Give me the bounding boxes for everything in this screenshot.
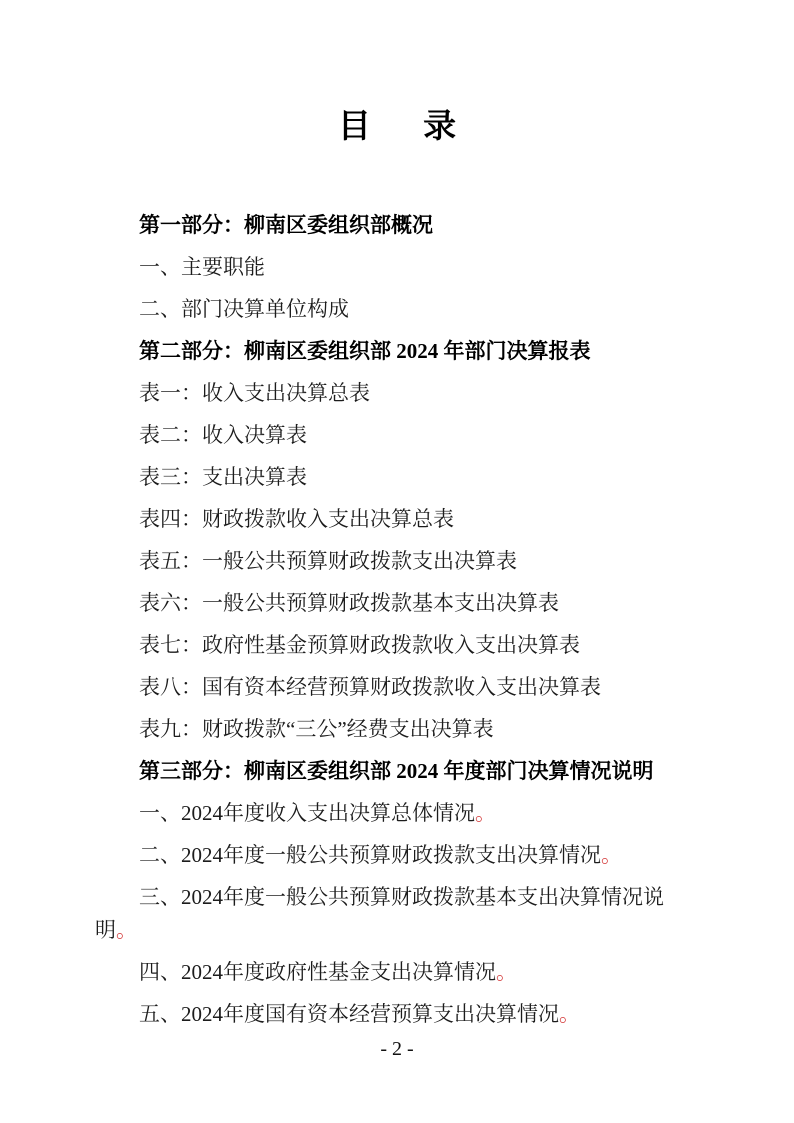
part3-heading: 第三部分：柳南区委组织部 2024 年度部门决算情况说明 [95,755,699,788]
note-item-5-text: 五、2024年度国有资本经营预算支出决算情况 [139,1002,559,1026]
note-item-2-period: 。 [601,843,622,867]
note-item-2: 二、2024年度一般公共预算财政拨款支出决算情况。 [95,839,699,872]
table-item-4: 表四：财政拨款收入支出决算总表 [95,503,699,536]
table-item-9: 表九：财政拨款“三公”经费支出决算表 [95,713,699,746]
note-item-4-period: 。 [496,960,517,984]
page-number: - 2 - [0,1034,794,1064]
document-page: 目 录 第一部分：柳南区委组织部概况 一、主要职能 二、部门决算单位构成 第二部… [0,0,794,1123]
part2-heading: 第二部分：柳南区委组织部 2024 年部门决算报表 [95,335,699,368]
table-item-8: 表八：国有资本经营预算财政拨款收入支出决算表 [95,671,699,704]
note-item-3-period: 。 [116,918,137,942]
note-item-4-text: 四、2024年度政府性基金支出决算情况 [139,960,496,984]
note-item-4: 四、2024年度政府性基金支出决算情况。 [95,956,699,989]
table-item-6: 表六：一般公共预算财政拨款基本支出决算表 [95,587,699,620]
table-item-2: 表二：收入决算表 [95,419,699,452]
note-item-3-line2: 明。 [95,914,699,947]
table-item-5: 表五：一般公共预算财政拨款支出决算表 [95,545,699,578]
part1-item-1: 一、主要职能 [95,251,699,284]
note-item-1-period: 。 [475,801,496,825]
note-item-5: 五、2024年度国有资本经营预算支出决算情况。 [95,998,699,1031]
part1-item-2: 二、部门决算单位构成 [95,293,699,326]
table-item-3: 表三：支出决算表 [95,461,699,494]
part1-heading: 第一部分：柳南区委组织部概况 [95,209,699,242]
note-item-3-line1: 三、2024年度一般公共预算财政拨款基本支出决算情况说 [95,881,699,914]
note-item-5-period: 。 [559,1002,580,1026]
table-item-7: 表七：政府性基金预算财政拨款收入支出决算表 [95,629,699,662]
toc-content: 第一部分：柳南区委组织部概况 一、主要职能 二、部门决算单位构成 第二部分：柳南… [0,209,794,1031]
note-item-2-text: 二、2024年度一般公共预算财政拨款支出决算情况 [139,843,601,867]
page-title: 目 录 [0,0,794,151]
note-item-1: 一、2024年度收入支出决算总体情况。 [95,797,699,830]
note-item-3-line2-text: 明 [95,918,116,942]
note-item-1-text: 一、2024年度收入支出决算总体情况 [139,801,475,825]
table-item-1: 表一：收入支出决算总表 [95,377,699,410]
